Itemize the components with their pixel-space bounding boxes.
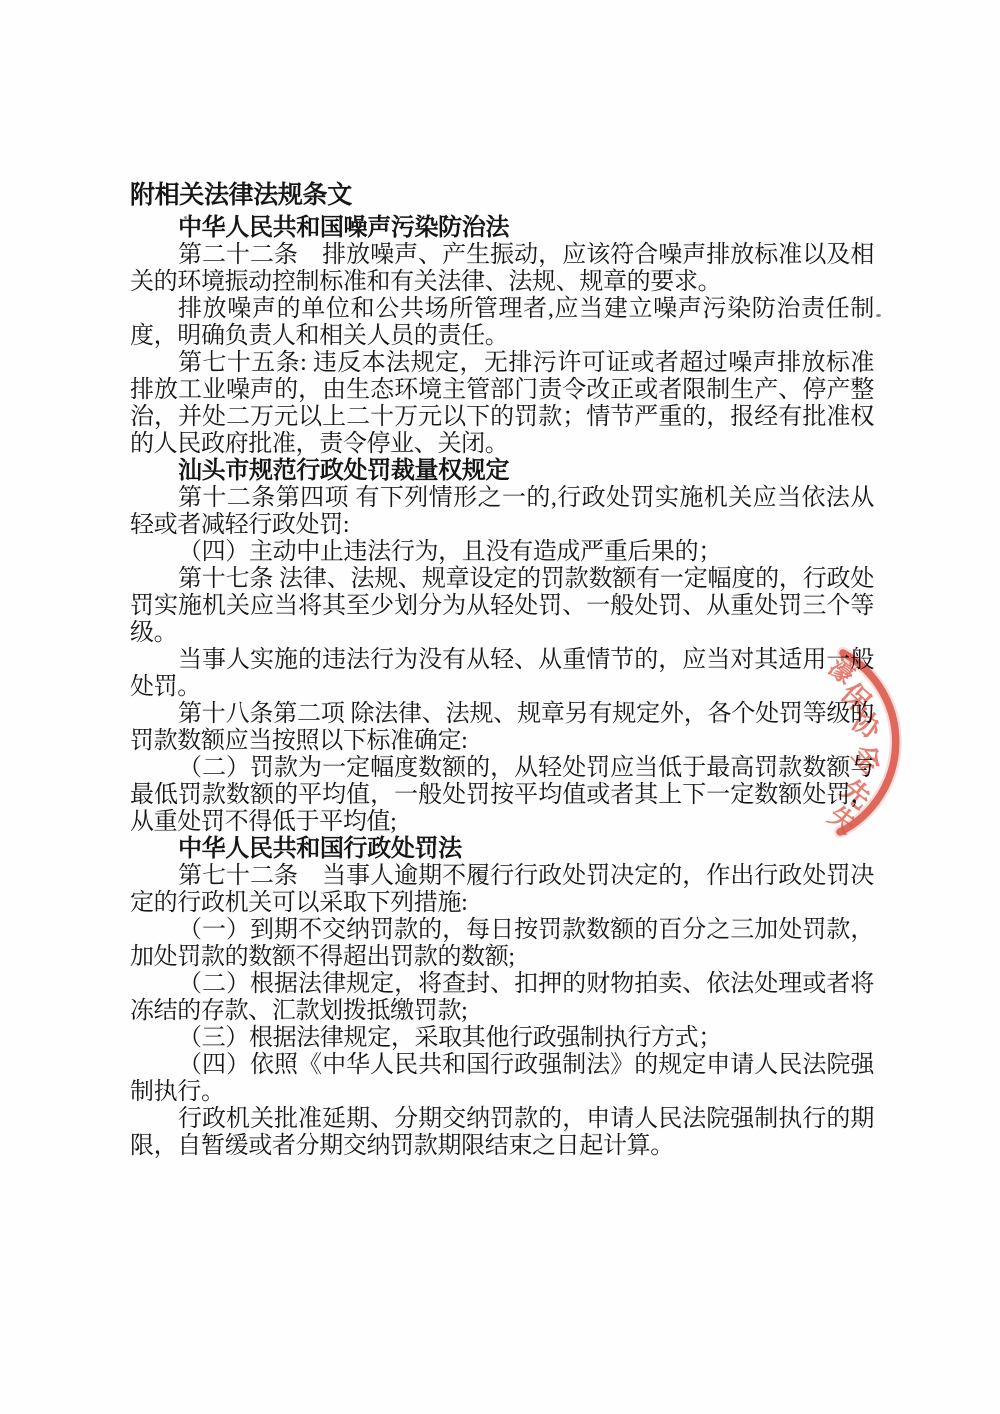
section-heading-shantou-rules: 汕头市规范行政处罚裁量权规定 [130, 458, 874, 485]
scan-speck [876, 314, 881, 317]
paragraph: 行政机关批准延期、分期交纳罚款的，申请人民法院强制执行的期限，自暂缓或者分期交纳… [130, 1106, 874, 1160]
paragraph: 排放噪声的单位和公共场所管理者,应当建立噪声污染防治责任制度，明确负责人和相关人… [130, 296, 874, 350]
paragraph: 第七十二条 当事人逾期不履行行政处罚决定的，作出行政处罚决定的行政机关可以采取下… [130, 863, 874, 917]
scanned-document-page: 附相关法律法规条文 中华人民共和国噪声污染防治法 第二十二条 排放噪声、产生振动… [0, 0, 1000, 1414]
paragraph: （二）罚款为一定幅度数额的，从轻处罚应当低于最高罚款数额与最低罚款数额的平均值，… [130, 755, 874, 836]
section-heading-penalty-law: 中华人民共和国行政处罚法 [130, 836, 874, 863]
document-body: 附相关法律法规条文 中华人民共和国噪声污染防治法 第二十二条 排放噪声、产生振动… [130, 182, 874, 1160]
paragraph: 第十七条 法律、法规、规章设定的罚款数额有一定幅度的，行政处罚实施机关应当将其至… [130, 566, 874, 647]
paragraph: （四）依照《中华人民共和国行政强制法》的规定申请人民法院强制执行。 [130, 1052, 874, 1106]
paragraph: （一）到期不交纳罚款的，每日按罚款数额的百分之三加处罚款，加处罚款的数额不得超出… [130, 917, 874, 971]
paragraph: 当事人实施的违法行为没有从轻、从重情节的，应当对其适用一般处罚。 [130, 647, 874, 701]
paragraph: 第二十二条 排放噪声、产生振动，应该符合噪声排放标准以及相关的环境振动控制标准和… [130, 242, 874, 296]
paragraph: 第十二条第四项 有下列情形之一的,行政处罚实施机关应当依法从轻或者减轻行政处罚: [130, 485, 874, 539]
section-heading-noise-law: 中华人民共和国噪声污染防治法 [130, 215, 874, 242]
paragraph: （二）根据法律规定，将查封、扣押的财物拍卖、依法处理或者将冻结的存款、汇款划拨抵… [130, 971, 874, 1025]
paragraph: 第七十五条: 违反本法规定，无排污许可证或者超过噪声排放标准排放工业噪声的，由生… [130, 350, 874, 458]
paragraph: 第十八条第二项 除法律、法规、规章另有规定外，各个处罚等级的罚款数额应当按照以下… [130, 701, 874, 755]
paragraph: （三）根据法律规定，采取其他行政强制执行方式； [130, 1025, 874, 1052]
scan-speck [360, 579, 363, 581]
document-title: 附相关法律法规条文 [130, 182, 874, 209]
scan-speck [184, 216, 187, 219]
paragraph: （四）主动中止违法行为，且没有造成严重后果的； [130, 539, 874, 566]
